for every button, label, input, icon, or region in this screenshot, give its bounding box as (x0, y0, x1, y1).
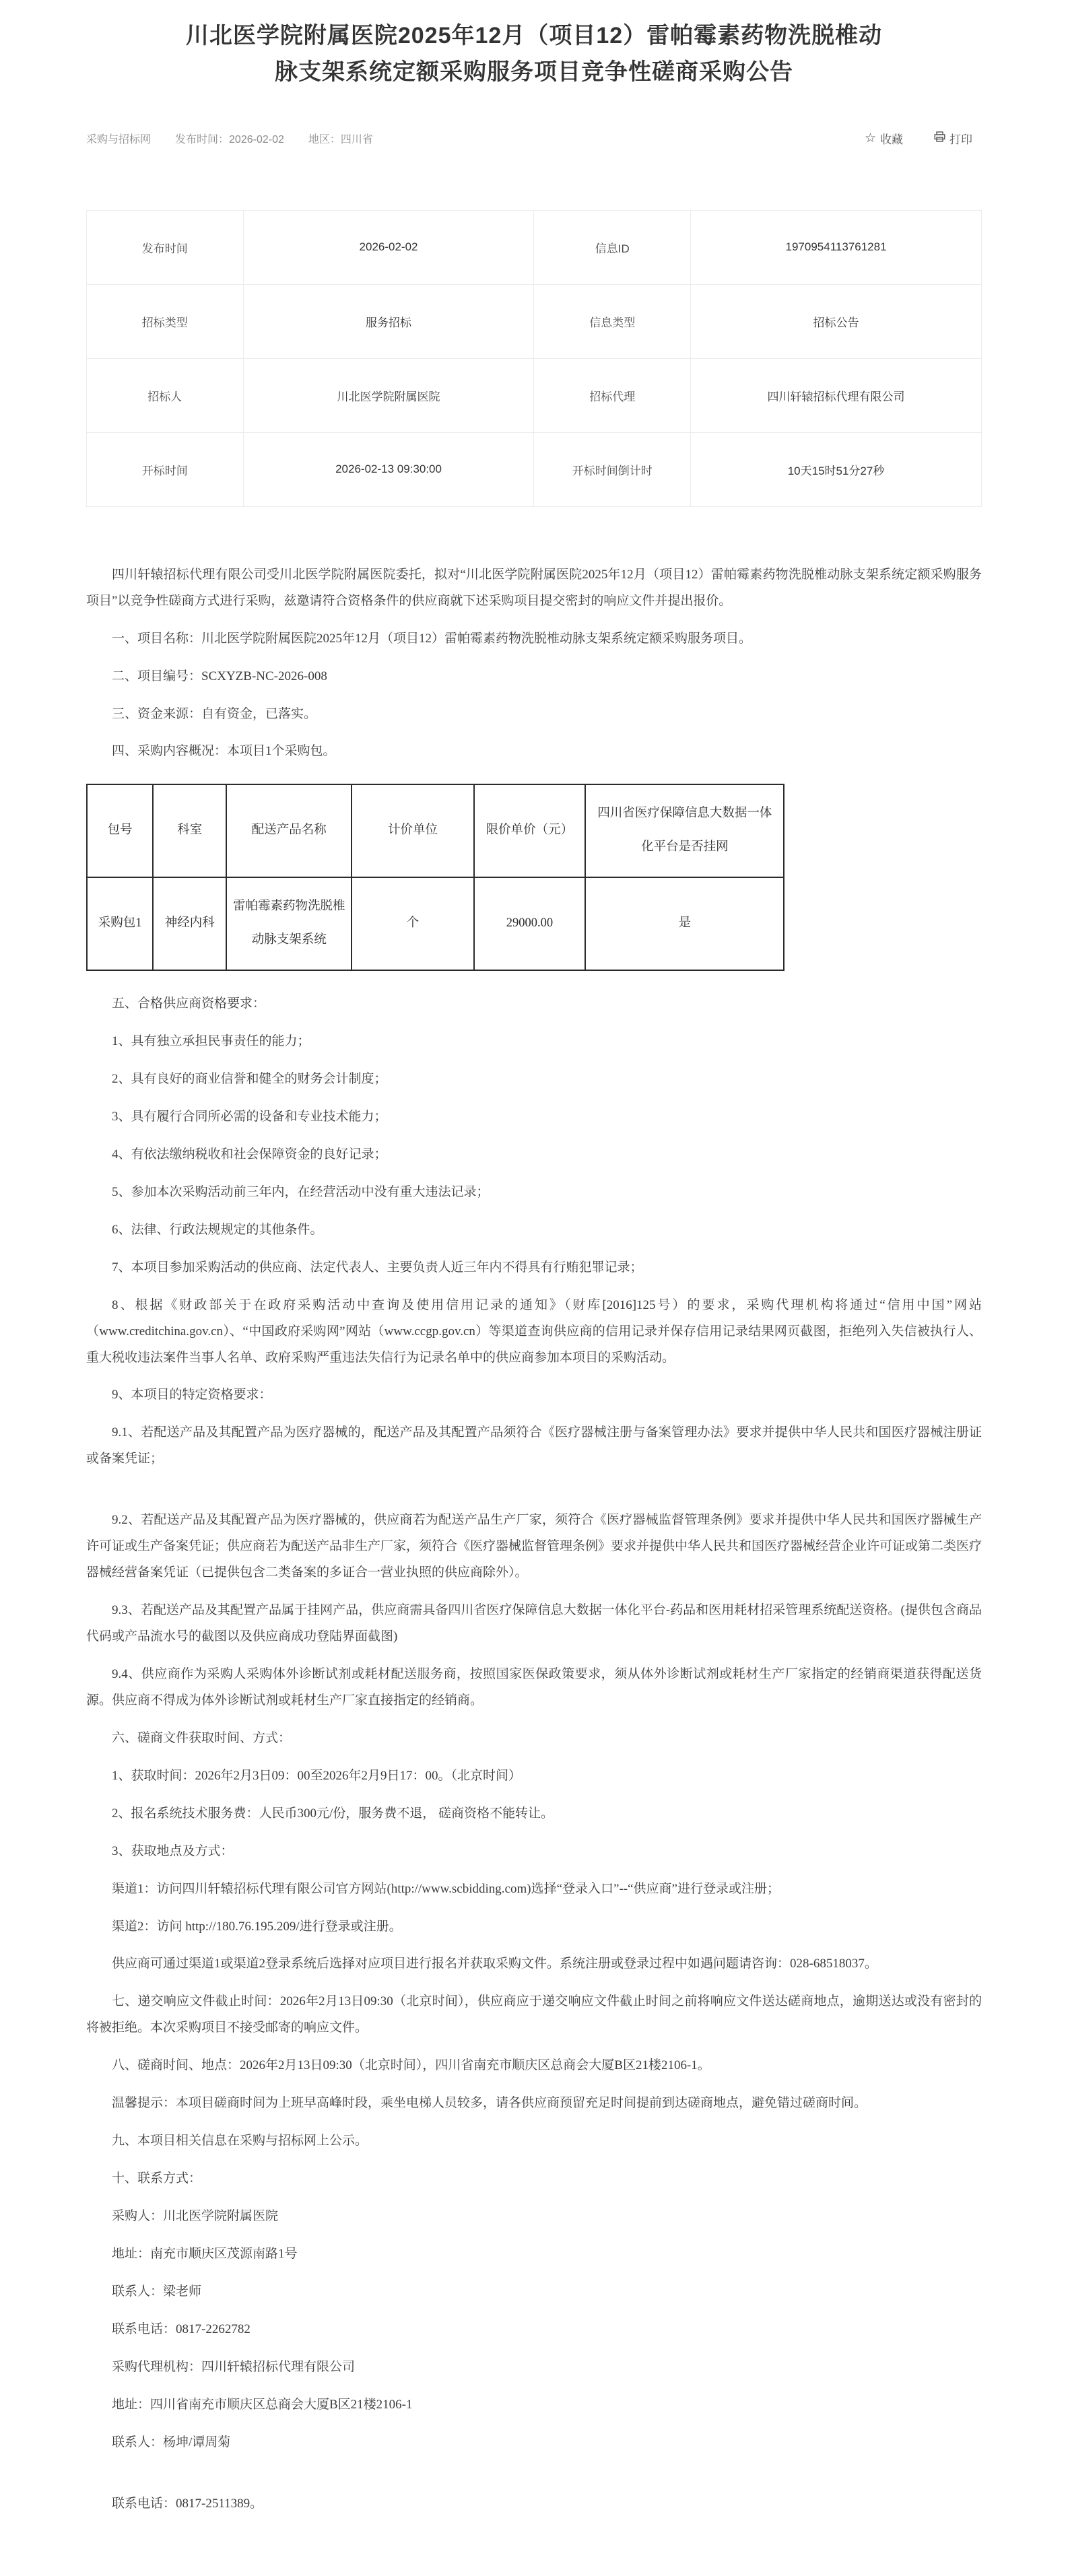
paragraph-tip: 温馨提示：本项目磋商时间为上班早高峰时段，乘坐电梯人员较多，请各供应商预留充足时… (86, 2091, 982, 2117)
info-value: 服务招标 (243, 284, 534, 358)
paragraph-obtain-time: 1、获取时间：2026年2月3日09：00至2026年2月9日17：00。（北京… (86, 1763, 982, 1790)
info-label: 招标代理 (534, 358, 691, 432)
header-price-limit: 限价单价（元） (474, 784, 586, 877)
info-value: 招标公告 (691, 284, 982, 358)
paragraph-req-2: 2、具有良好的商业信誉和健全的财务会计制度； (86, 1066, 982, 1093)
info-value: 2026-02-02 (243, 210, 534, 284)
info-row-opening: 开标时间 2026-02-13 09:30:00 开标时间倒计时 10天15时5… (87, 432, 982, 506)
cell-department: 神经内科 (153, 877, 226, 970)
printer-icon (934, 131, 945, 145)
paragraph-req-5: 5、参加本次采购活动前三年内，在经营活动中没有重大违法记录； (86, 1180, 982, 1206)
site-name: 采购与招标网 (86, 131, 151, 146)
header-package: 包号 (87, 784, 153, 877)
header-product-name: 配送产品名称 (226, 784, 352, 877)
publish-time: 发布时间：2026-02-02 (175, 131, 284, 146)
paragraph-req-9: 9、本项目的特定资格要求： (86, 1382, 982, 1409)
page-title: 川北医学院附属医院2025年12月（项目12）雷帕霉素药物洗脱椎动脉支架系统定额… (184, 18, 884, 91)
product-table-row: 采购包1 神经内科 雷帕霉素药物洗脱椎动脉支架系统 个 29000.00 是 (87, 877, 784, 970)
paragraph-req-7: 7、本项目参加采购活动的供应商、法定代表人、主要负责人近三年内不得具有行贿犯罪记… (86, 1255, 982, 1281)
paragraph-purchaser: 采购人：川北医学院附属医院 (86, 2204, 982, 2230)
paragraph-channel-2: 渠道2：访问 http://180.76.195.209/进行登录或注册。 (86, 1914, 982, 1940)
paragraph-project-number: 二、项目编号：SCXYZB-NC-2026-008 (86, 664, 982, 690)
info-label: 招标类型 (87, 284, 244, 358)
paragraph-section-10: 十、联系方式： (86, 2166, 982, 2192)
paragraph-purchaser-contact: 联系人：梁老师 (86, 2279, 982, 2305)
paragraph-req-3: 3、具有履行合同所必需的设备和专业技术能力； (86, 1104, 982, 1130)
paragraph-purchaser-address: 地址：南充市顺庆区茂源南路1号 (86, 2241, 982, 2268)
paragraph-agency-phone: 联系电话：0817-2511389。 (86, 2491, 982, 2517)
paragraph-scope: 四、采购内容概况：本项目1个采购包。 (86, 739, 982, 765)
header-unit: 计价单位 (352, 784, 473, 877)
paragraph-section-7: 七、递交响应文件截止时间：2026年2月13日09:30（北京时间），供应商应于… (86, 1989, 982, 2041)
print-button[interactable]: 打印 (934, 130, 972, 147)
region: 地区：四川省 (308, 131, 373, 146)
paragraph-req-9-2: 9.2、若配送产品及其配置产品为医疗器械的，供应商若为配送产品生产厂家，须符合《… (86, 1507, 982, 1586)
star-icon: ☆ (865, 132, 876, 145)
countdown-value: 10天15时51分27秒 (691, 432, 982, 506)
info-label: 招标人 (87, 358, 244, 432)
paragraph-channel-1: 渠道1：访问四川轩辕招标代理有限公司官方网站(http://www.scbidd… (86, 1876, 982, 1903)
paragraph-agency: 采购代理机构：四川轩辕招标代理有限公司 (86, 2354, 982, 2381)
cell-package: 采购包1 (87, 877, 153, 970)
paragraph-agency-contact: 联系人：杨坤/谭周菊 (86, 2430, 982, 2456)
paragraph-service-fee: 2、报名系统技术服务费：人民币300元/份，服务费不退， 磋商资格不能转让。 (86, 1801, 982, 1827)
cell-product-name: 雷帕霉素药物洗脱椎动脉支架系统 (226, 877, 352, 970)
paragraph-section-5: 五、合格供应商资格要求： (86, 991, 982, 1017)
announcement-body: 四川轩辕招标代理有限公司受川北医学院附属医院委托，拟对“川北医学院附属医院202… (86, 562, 982, 2517)
paragraph-obtain-method: 3、获取地点及方式： (86, 1839, 982, 1865)
info-row-type: 招标类型 服务招标 信息类型 招标公告 (87, 284, 982, 358)
info-row-publish: 发布时间 2026-02-02 信息ID 1970954113761281 (87, 210, 982, 284)
paragraph-req-9-3: 9.3、若配送产品及其配置产品属于挂网产品，供应商需具备四川省医疗保障信息大数据… (86, 1598, 982, 1650)
info-label: 信息ID (534, 210, 691, 284)
paragraph-section-6: 六、磋商文件获取时间、方式： (86, 1726, 982, 1752)
paragraph-req-1: 1、具有独立承担民事责任的能力； (86, 1029, 982, 1055)
meta-actions: ☆ 收藏 打印 (865, 130, 982, 147)
meta-bar: 采购与招标网 发布时间：2026-02-02 地区：四川省 ☆ 收藏 打印 (86, 130, 982, 147)
info-table: 发布时间 2026-02-02 信息ID 1970954113761281 招标… (86, 210, 982, 507)
paragraph-project-name: 一、项目名称：川北医学院附属医院2025年12月（项目12）雷帕霉素药物洗脱椎动… (86, 626, 982, 652)
header-platform-listed: 四川省医疗保障信息大数据一体化平台是否挂网 (585, 784, 784, 877)
info-label: 发布时间 (87, 210, 244, 284)
paragraph-section-9: 九、本项目相关信息在采购与招标网上公示。 (86, 2128, 982, 2155)
paragraph-agency-address: 地址：四川省南充市顺庆区总商会大厦B区21楼2106-1 (86, 2392, 982, 2418)
favorite-button[interactable]: ☆ 收藏 (865, 130, 903, 147)
paragraph-funding: 三、资金来源：自有资金，已落实。 (86, 702, 982, 728)
header-department: 科室 (153, 784, 226, 877)
favorite-label: 收藏 (880, 130, 903, 147)
paragraph-req-6: 6、法律、行政法规规定的其他条件。 (86, 1217, 982, 1244)
info-label: 开标时间倒计时 (534, 432, 691, 506)
paragraph-purchaser-phone: 联系电话：0817-2262782 (86, 2317, 982, 2343)
cell-unit: 个 (352, 877, 473, 970)
info-label: 信息类型 (534, 284, 691, 358)
announcement-page: 川北医学院附属医院2025年12月（项目12）雷帕霉素药物洗脱椎动脉支架系统定额… (86, 0, 982, 2576)
paragraph-intro: 四川轩辕招标代理有限公司受川北医学院附属医院委托，拟对“川北医学院附属医院202… (86, 562, 982, 615)
info-value: 1970954113761281 (691, 210, 982, 284)
cell-price-limit: 29000.00 (474, 877, 586, 970)
product-table-header-row: 包号 科室 配送产品名称 计价单位 限价单价（元） 四川省医疗保障信息大数据一体… (87, 784, 784, 877)
info-label: 开标时间 (87, 432, 244, 506)
paragraph-req-4: 4、有依法缴纳税收和社会保障资金的良好记录； (86, 1142, 982, 1168)
product-table: 包号 科室 配送产品名称 计价单位 限价单价（元） 四川省医疗保障信息大数据一体… (86, 784, 785, 971)
cell-platform-listed: 是 (585, 877, 784, 970)
info-value: 川北医学院附属医院 (243, 358, 534, 432)
print-label: 打印 (949, 130, 972, 147)
paragraph-req-9-4: 9.4、供应商作为采购人采购体外诊断试剂或耗材配送服务商，按照国家医保政策要求，… (86, 1662, 982, 1714)
info-value: 四川轩辕招标代理有限公司 (691, 358, 982, 432)
meta-info: 采购与招标网 发布时间：2026-02-02 地区：四川省 (86, 131, 397, 146)
info-value: 2026-02-13 09:30:00 (243, 432, 534, 506)
paragraph-req-8: 8、根据《财政部关于在政府采购活动中查询及使用信用记录的通知》（财库[2016]… (86, 1293, 982, 1371)
paragraph-section-8: 八、磋商时间、地点：2026年2月13日09:30（北京时间），四川省南充市顺庆… (86, 2053, 982, 2079)
paragraph-channel-note: 供应商可通过渠道1或渠道2登录系统后选择对应项目进行报名并获取采购文件。系统注册… (86, 1951, 982, 1977)
info-row-bidder: 招标人 川北医学院附属医院 招标代理 四川轩辕招标代理有限公司 (87, 358, 982, 432)
paragraph-req-9-1: 9.1、若配送产品及其配置产品为医疗器械的，配送产品及其配置产品须符合《医疗器械… (86, 1420, 982, 1472)
